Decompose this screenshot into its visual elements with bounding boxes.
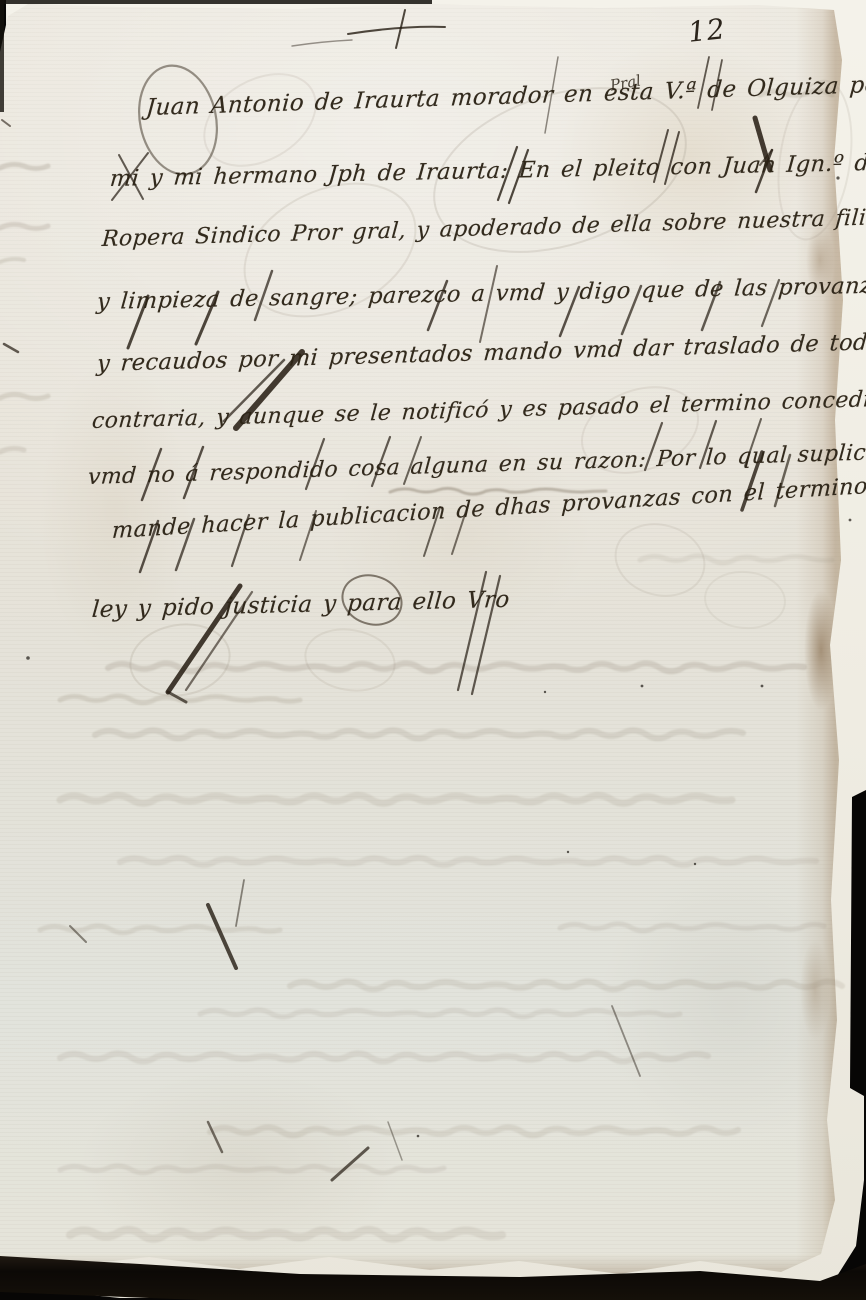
manuscript-scan: 12 Pral Juan Antonio de Iraurta morador … [0, 0, 866, 1300]
manuscript-line: mi y mi hermano Jph de Iraurta: En el pl… [109, 150, 866, 192]
page-number: 12 [686, 12, 727, 49]
manuscript-line: y limpieza de sangre; parezco a vmd y di… [96, 272, 866, 315]
manuscript-line: ley y pido justicia y para ello Vro [91, 587, 511, 623]
manuscript-line: Ropera Sindico Pror gral, y apoderado de… [101, 204, 866, 252]
manuscript-line: y recaudos por mi presentados mando vmd … [96, 327, 866, 377]
scan-edge-top [0, 0, 432, 4]
scan-edge-left [0, 0, 4, 112]
manuscript-line: contraria, y aunque se le notificó y es … [91, 385, 866, 434]
manuscript-text: 12 Pral Juan Antonio de Iraurta morador … [0, 0, 866, 1300]
manuscript-line: Juan Antonio de Iraurta morador en esta … [145, 72, 866, 121]
